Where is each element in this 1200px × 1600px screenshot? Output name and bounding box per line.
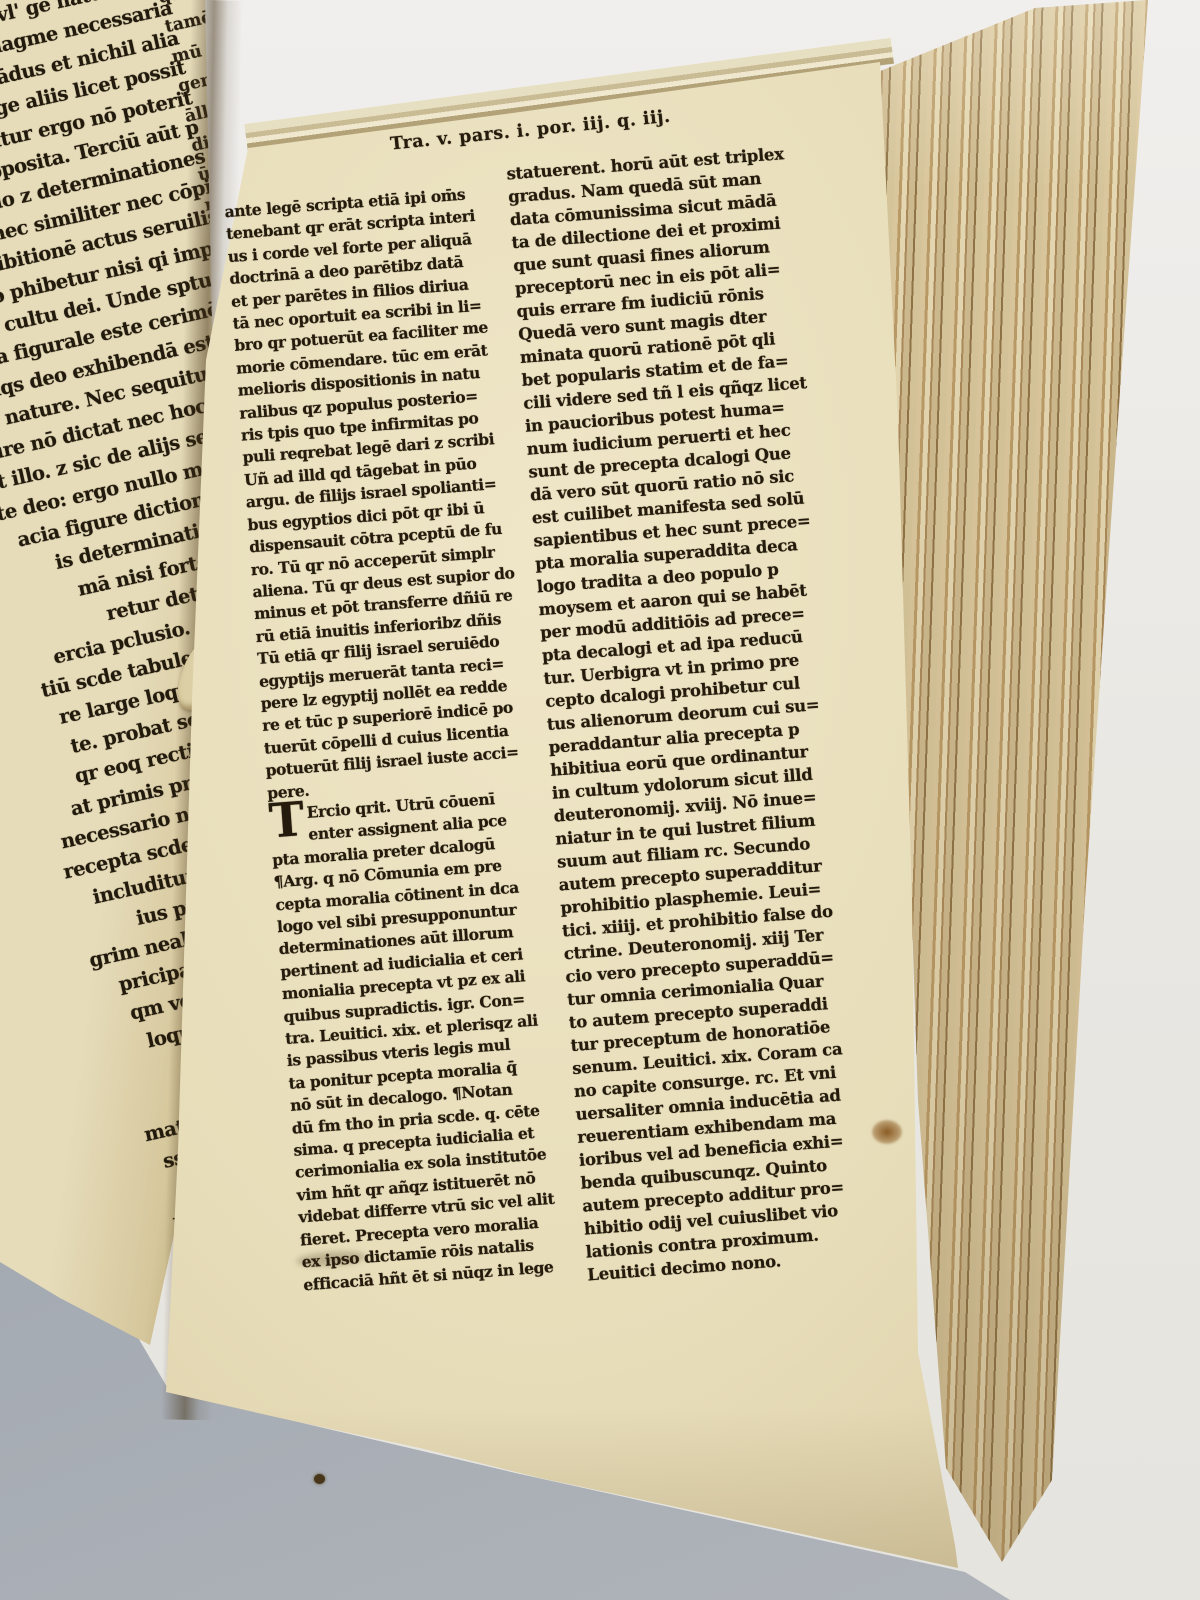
book-photograph: nūt vl' ge nature striso magme necessari…	[0, 0, 1200, 1600]
wormhole	[314, 1474, 325, 1484]
text-column-right: statuerent. horū aūt est triplexgradus. …	[506, 139, 906, 1286]
foxing-stain	[872, 1120, 902, 1144]
text-columns: T ante legē scripta etiā ipi om̄steneban…	[212, 99, 985, 1307]
printed-text-area: Tra. v. pars. i. por. iij. q. iij. T ant…	[212, 99, 994, 1426]
drop-cap: T	[268, 797, 306, 845]
